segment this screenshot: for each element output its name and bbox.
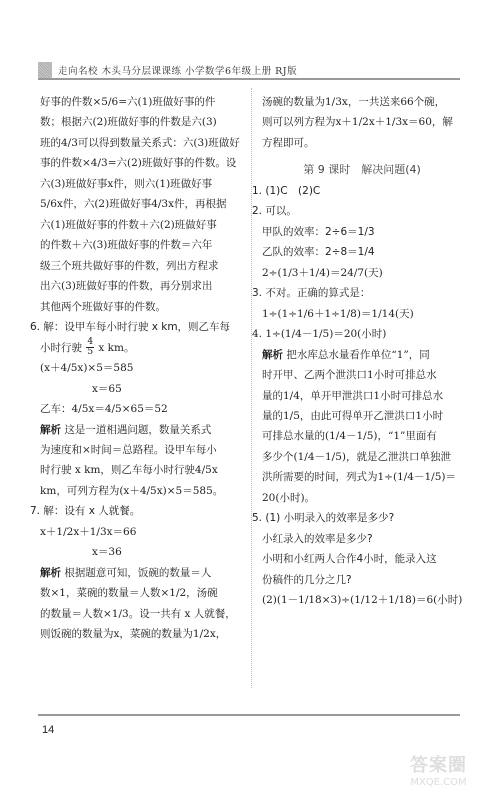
q2-step-c: 2÷(1/3＋1/4)＝24/7(天) [262,263,462,283]
q6-equation-1: (x＋4/5x)×5＝585 [40,358,246,378]
q5-line2: 小红录入的效率是多少? [262,529,462,549]
header-title: 走向名校 木头马分层课课练 小学数学6年级上册 RJ版 [58,63,297,77]
text-line: 六(3)班做好事x件，则六(1)班做好事 [40,174,246,194]
analysis-label: 解析 [40,567,61,579]
analysis-label: 解析 [262,349,283,361]
q3-equation: 1÷(1÷1/6＋1÷1/8)＝1/14(天) [262,304,462,324]
text-line: 的件数＋六(3)班做好事的件数＝六年 [40,235,246,255]
analysis-text: 数×1，菜碗的数量＝人数×1/2，汤碗 [40,583,246,603]
text-line: 数；根据六(2)班做好事的件数是六(3) [40,112,246,132]
q7-analysis: 解析 根据题意可知，饭碗的数量＝人 [40,563,246,583]
analysis-text: 20(小时)。 [262,488,462,508]
q7-equation-1: x＋1/2x＋1/3x＝66 [40,522,246,542]
q6-line2-b: x km。 [98,342,134,354]
text-line: 事的件数×4/3=六(2)班做好事的件数。设 [40,153,246,173]
header-rule [38,78,460,80]
column-divider [251,88,252,688]
q2-step-a: 甲队的效率：2÷6＝1/3 [262,222,462,242]
q6-equation-3: 乙车：4/5x＝4/5×65＝52 [40,399,246,419]
text-line: 六(1)班做好事的件数＋六(2)班做好事 [40,215,246,235]
watermark: 答案圈 MXQE.COM [410,755,467,789]
q7-equation-2: x＝36 [40,542,246,562]
right-column: 汤碗的数量为1/3x，一共送来66个碗， 则可以列方程为x＋1/2x＋1/3x＝… [262,92,462,611]
analysis-text: 这是一道相遇问题，数量关系式 [64,424,211,436]
analysis-text: 为速度和×时间＝总路程。设甲车每小 [40,440,246,460]
q6-analysis: 解析 这是一道相遇问题，数量关系式 [40,420,246,440]
watermark-url: MXQE.COM [410,777,467,789]
text-line: 好事的件数×5/6=六(1)班做好事的件 [40,92,246,112]
analysis-text: 量的1/5，由此可得单开乙泄洪口1小时 [262,406,462,426]
text-line: 汤碗的数量为1/3x，一共送来66个碗， [262,92,462,112]
analysis-text: 则饭碗的数量为x，菜碗的数量为1/2x， [40,624,246,644]
fraction: 45 [86,338,94,358]
analysis-text: 时开甲、乙两个泄洪口1小时可排总水 [262,365,462,385]
analysis-label: 解析 [40,424,61,436]
analysis-text: 可排总水量的(1/4－1/5)，“1”里面有 [262,426,462,446]
text-line: 5/6x件，六(2)班做好事4/3x件，再根据 [40,194,246,214]
q6-line2: 小时行驶 45 x km。 [40,338,246,358]
q4-equation: 4. 1÷(1/4－1/5)＝20(小时) [252,324,462,344]
q5-equation: (2)(1－1/18×3)÷(1/12＋1/18)＝6(小时) [262,590,462,610]
q6-statement: 6. 解：设甲车每小时行驶 x km，则乙车每 [30,317,246,337]
q5-line4: 份稿件的几分之几? [262,570,462,590]
text-line: 则可以列方程为x＋1/2x＋1/3x＝60，解 [262,112,462,132]
q1-answer: 1. (1)C (2)C [252,181,462,201]
text-line: 方程即可。 [262,133,462,153]
page-number: 14 [42,724,54,736]
q6-equation-2: x＝65 [40,379,246,399]
analysis-text: km，可列方程为(x＋4/5x)×5＝585。 [40,481,246,501]
watermark-logo: 答案圈 [410,755,467,777]
header-decoration [38,62,52,78]
q4-analysis: 解析 把水库总水量看作单位“1”，同 [262,345,462,365]
q7-statement: 7. 解：设有 x 人就餐。 [30,501,246,521]
analysis-text: 把水库总水量看作单位“1”，同 [286,349,429,361]
analysis-text: 根据题意可知，饭碗的数量＝人 [64,567,211,579]
text-line: 其他两个班做好事的件数。 [40,297,246,317]
q5-line1: 5. (1) 小明录入的效率是多少? [252,508,462,528]
q2-step-b: 乙队的效率：2÷8＝1/4 [262,242,462,262]
text-line: 出六(3)班做好事的件数，再分别求出 [40,276,246,296]
text-line: 级三个班共做好事的件数，列出方程求 [40,256,246,276]
text-line: 班的4/3可以得到数量关系式：六(3)班做好 [40,133,246,153]
q2-answer: 2. 可以。 [252,201,462,221]
q5-line3: 小明和小红两人合作4小时，能录入这 [262,549,462,569]
q6-line2-a: 小时行驶 [40,342,82,354]
section-title: 第 9 课时 解决问题(4) [262,159,462,180]
analysis-text: 时行驶 x km，则乙车每小时行驶4/5x [40,460,246,480]
analysis-text: 洪所需要的时间，列式为1÷(1/4－1/5)＝ [262,467,462,487]
analysis-text: 的数量＝人数×1/3。设一共有 x 人就餐， [40,604,246,624]
left-column: 好事的件数×5/6=六(1)班做好事的件 数；根据六(2)班做好事的件数是六(3… [40,92,246,645]
analysis-text: 多少个(1/4－1/5)，就是乙泄洪口单独泄 [262,447,462,467]
footer-rule [38,714,460,716]
analysis-text: 量的1/4，单开甲泄洪口1小时可排总水 [262,386,462,406]
q3-answer: 3. 不对。正确的算式是： [252,283,462,303]
